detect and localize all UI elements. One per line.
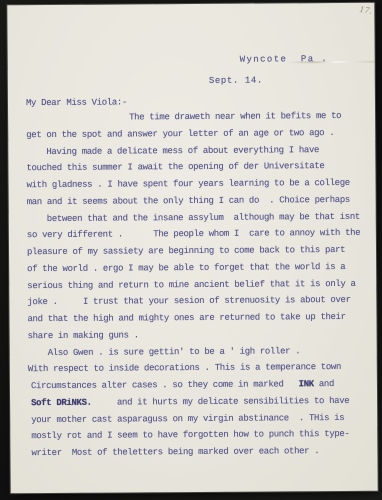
letter-line: The time draweth near when it befits me … bbox=[26, 108, 365, 127]
letter-line: Soft DRiNKS. and it hurts my delicate se… bbox=[31, 393, 367, 412]
letter-line: of the world . ergo I may be able to for… bbox=[27, 259, 366, 278]
letter-line-segment: and bbox=[314, 379, 334, 389]
letter-date-line: Sept. 14. bbox=[209, 76, 263, 86]
letter-line: man and it seems about the only thing I … bbox=[27, 192, 366, 211]
letter-salutation: My Dear Miss Viola:- bbox=[26, 97, 127, 108]
letter-line: writer Most of theletters being marked o… bbox=[31, 443, 367, 462]
letter-line: with gladness . I have spent four years … bbox=[27, 175, 366, 194]
letter-paper: 17. Wyncote Pa . Sept. 14. My Dear Miss … bbox=[7, 3, 377, 494]
letter-line-segment-bold: Soft DRiNKS. bbox=[31, 397, 92, 407]
letter-body: The time draweth near when it befits me … bbox=[26, 108, 367, 462]
photo-frame: 17. Wyncote Pa . Sept. 14. My Dear Miss … bbox=[0, 0, 382, 500]
letter-line: get on the spot and answer your letter o… bbox=[26, 125, 365, 144]
letter-line-segment: Circumstances alter cases . so they come… bbox=[31, 379, 299, 391]
letter-line: Circumstances alter cases . so they come… bbox=[31, 376, 367, 395]
letter-line: and that the high and mighty ones are re… bbox=[27, 309, 366, 328]
letter-line-segment: and it hurts my delicate sensibilities t… bbox=[92, 396, 350, 408]
page-number-annotation: 17. bbox=[359, 5, 373, 16]
letter-line-segment-bold: INK bbox=[299, 379, 314, 389]
letter-line: pleasure of my sassiety are beginning to… bbox=[27, 242, 366, 261]
letter-place-line: Wyncote Pa . bbox=[240, 54, 328, 65]
